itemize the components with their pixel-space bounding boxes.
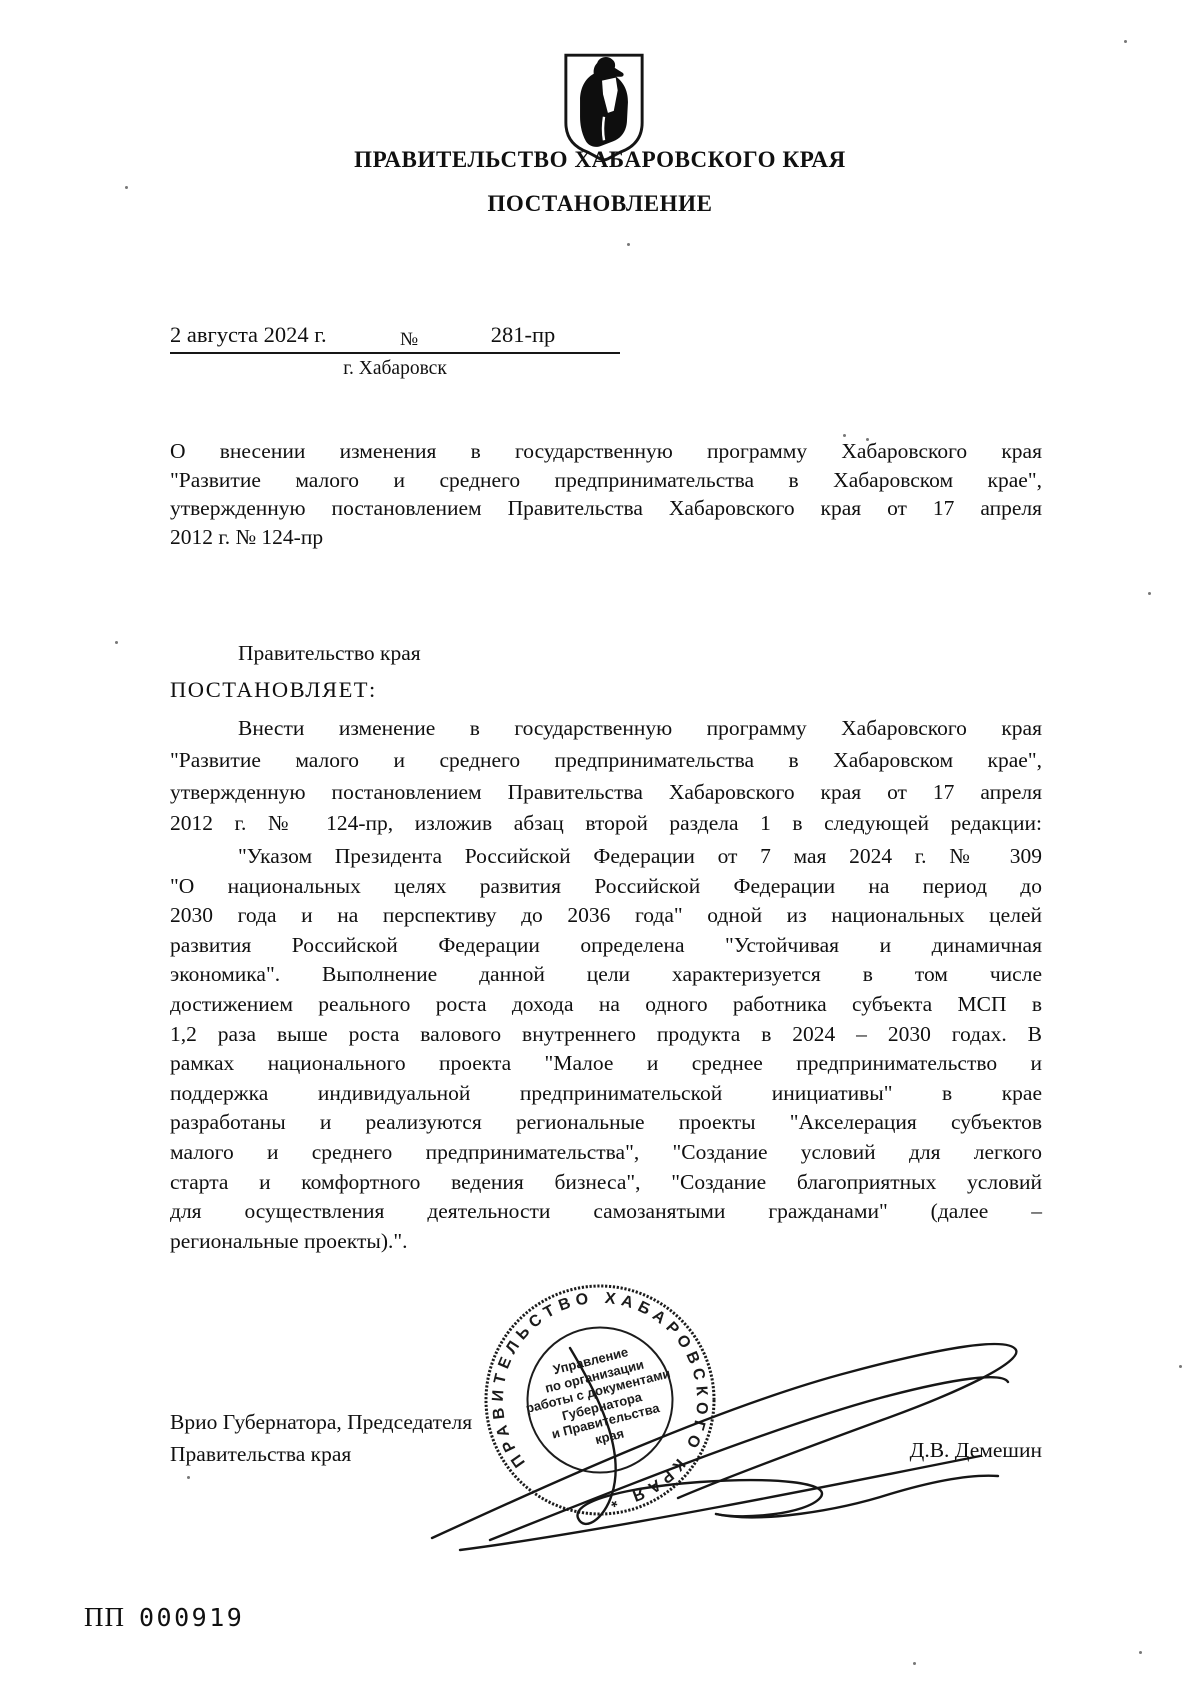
scan-speck bbox=[1148, 592, 1151, 595]
scan-speck bbox=[1124, 40, 1127, 43]
scan-speck bbox=[843, 434, 846, 437]
scan-speck bbox=[866, 438, 869, 441]
body-paragraph-1: Внести изменение в государственную прогр… bbox=[170, 713, 1042, 840]
org-title: ПРАВИТЕЛЬСТВО ХАБАРОВСКОГО КРАЯ bbox=[0, 147, 1200, 173]
date-rule-line bbox=[170, 352, 620, 354]
form-code-number: 000919 bbox=[139, 1603, 244, 1632]
scan-speck bbox=[627, 243, 630, 246]
doc-number: 281-пр bbox=[428, 322, 618, 348]
scan-speck bbox=[187, 1476, 190, 1479]
handwritten-signature bbox=[420, 1288, 1040, 1560]
blank-form-code: ПП000919 bbox=[84, 1602, 244, 1633]
form-code-prefix: ПП bbox=[84, 1602, 125, 1632]
scan-speck bbox=[1139, 1651, 1142, 1654]
decree-word: ПОСТАНОВЛЯЕТ: bbox=[170, 677, 1042, 703]
body-paragraph-2: "Указом Президента Российской Федерации … bbox=[170, 842, 1042, 1256]
body-intro: Правительство края bbox=[170, 641, 1042, 666]
scan-speck bbox=[125, 186, 128, 189]
scan-speck bbox=[913, 1662, 916, 1665]
scan-speck bbox=[1179, 1365, 1182, 1368]
doc-date: 2 августа 2024 г. bbox=[170, 322, 327, 348]
scan-speck bbox=[115, 641, 118, 644]
subject-paragraph: О внесении изменения в государственную п… bbox=[170, 437, 1042, 551]
doc-type-title: ПОСТАНОВЛЕНИЕ bbox=[0, 191, 1200, 217]
number-sign: № bbox=[400, 329, 418, 351]
doc-city: г. Хабаровск bbox=[170, 358, 620, 380]
document-page: ПРАВИТЕЛЬСТВО ХАБАРОВСКОГО КРАЯ ПОСТАНОВ… bbox=[0, 0, 1200, 1700]
